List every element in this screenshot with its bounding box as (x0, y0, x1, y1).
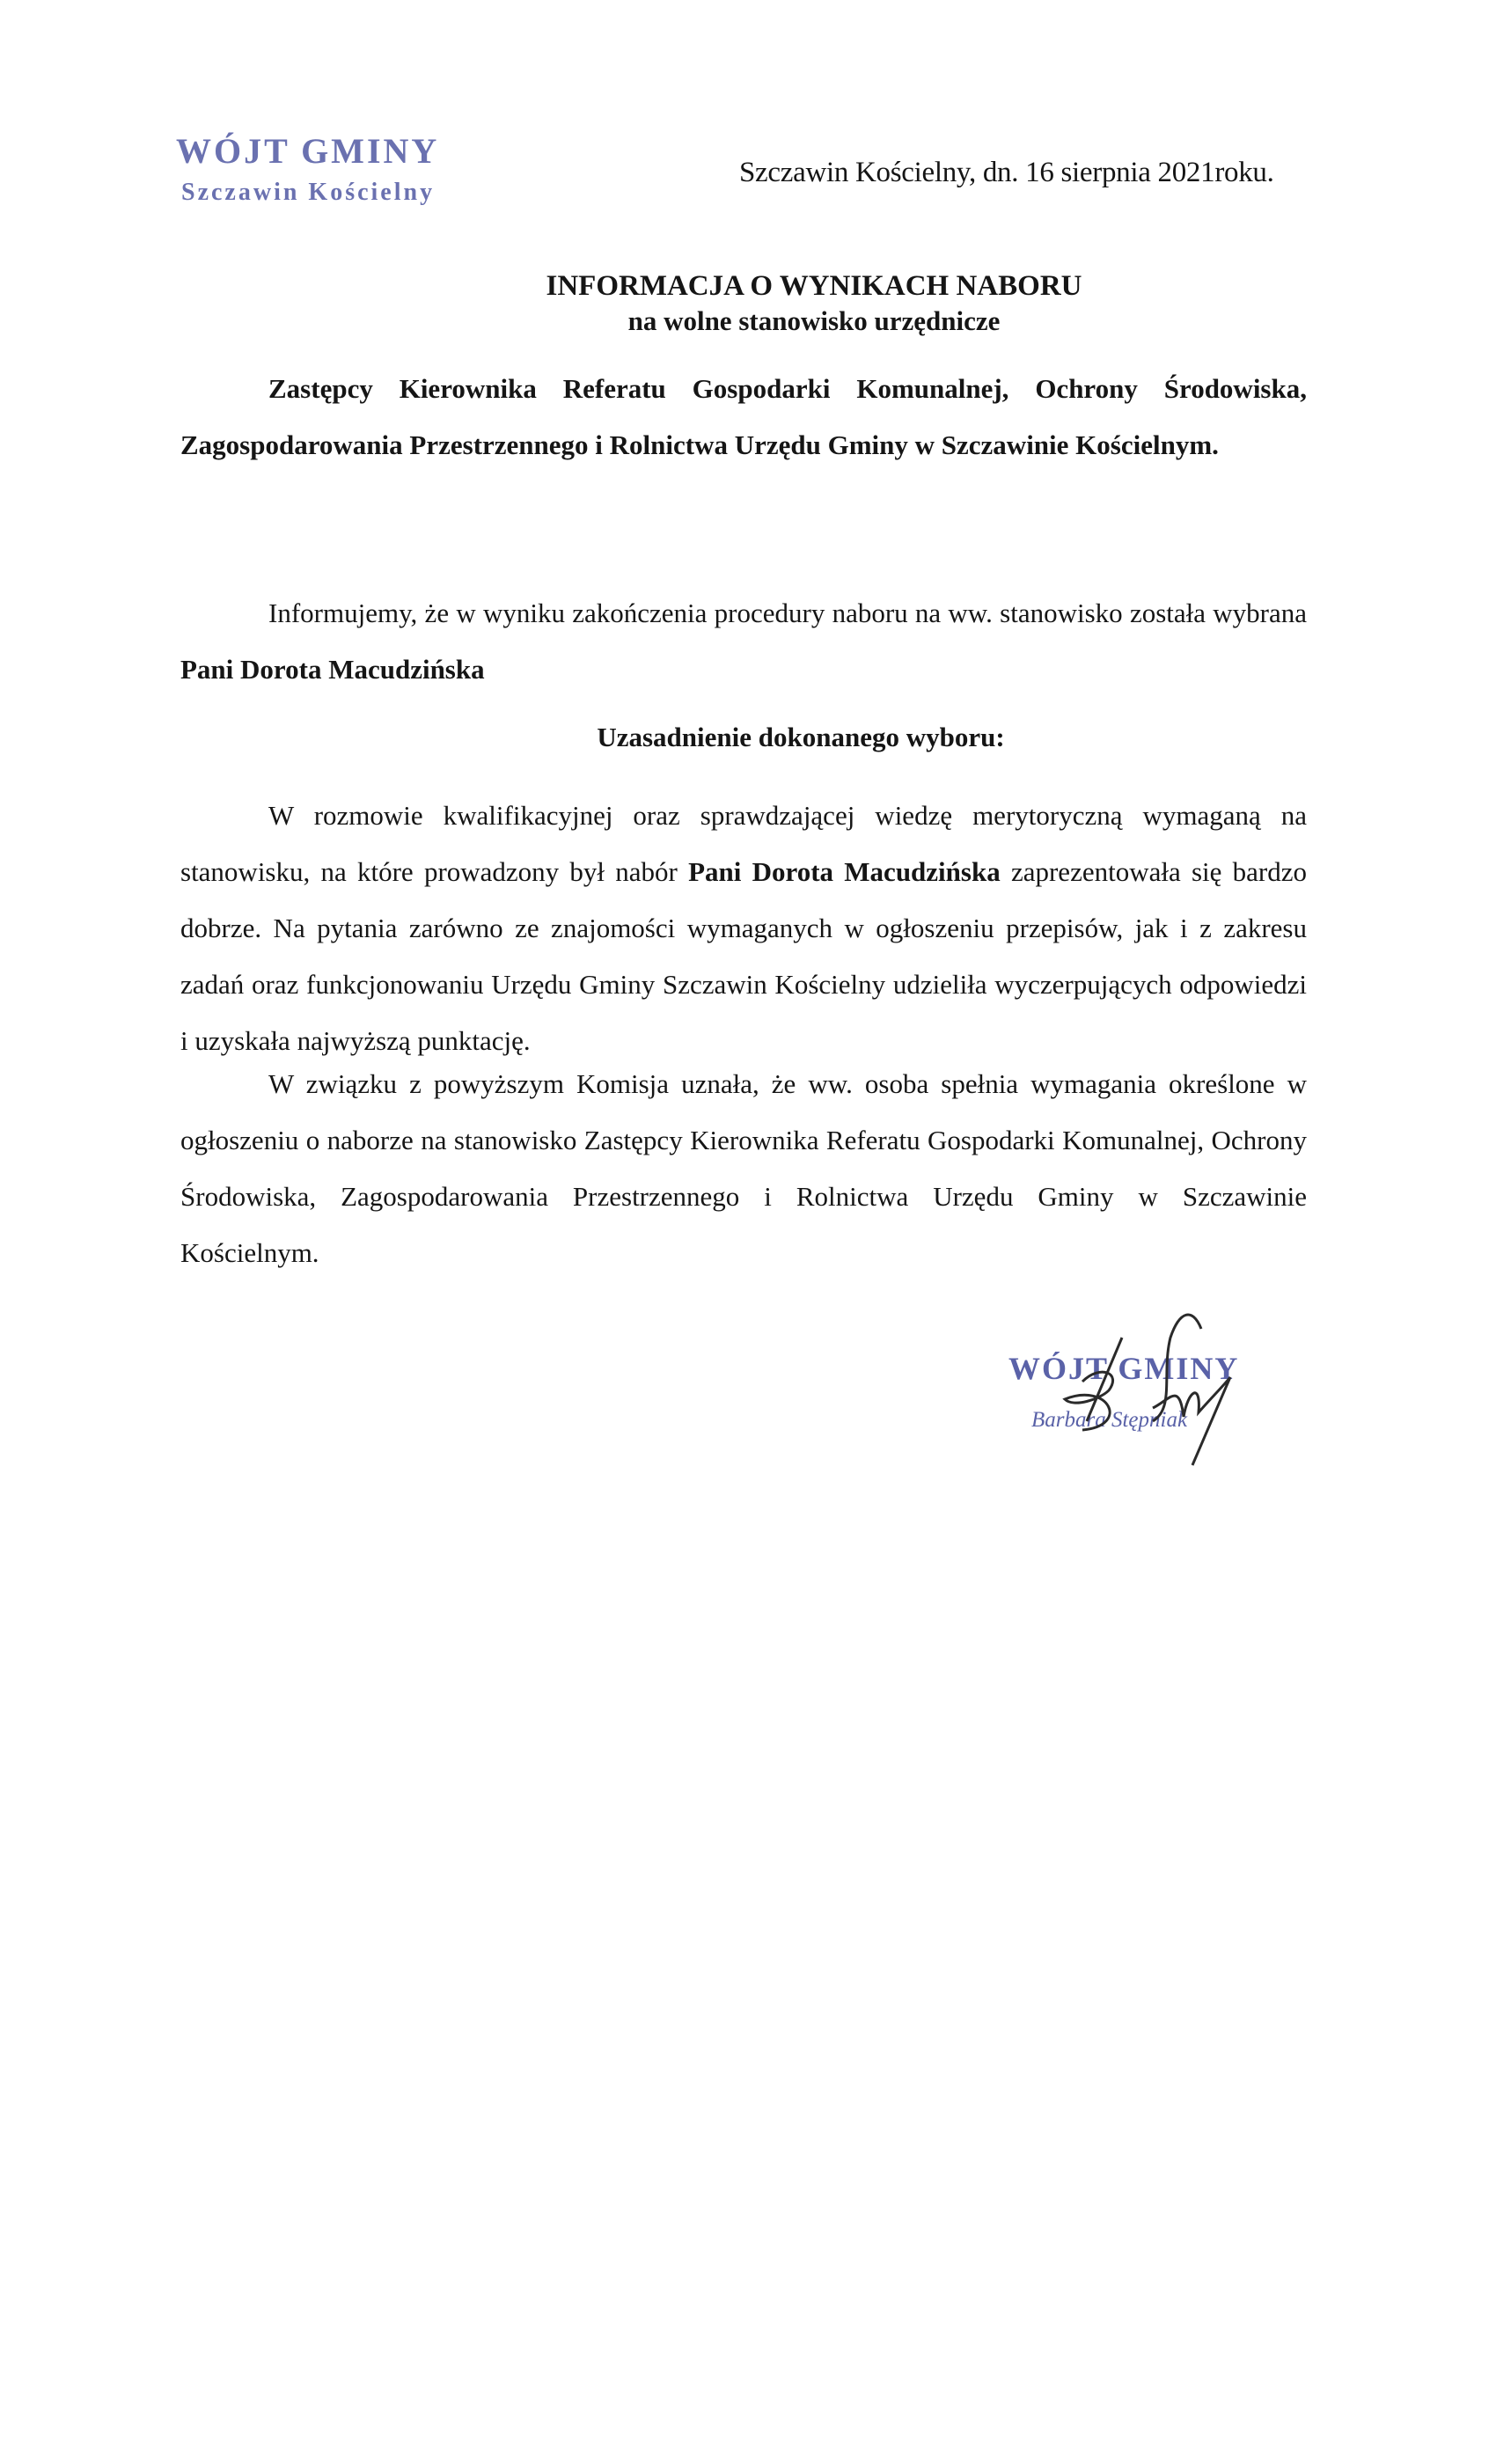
title-sub: na wolne stanowisko urzędnicze (132, 304, 1496, 339)
stamp-title: WÓJT GMINY (176, 132, 439, 171)
title-main: INFORMACJA O WYNIKACH NABORU (132, 268, 1496, 304)
selected-candidate: Pani Dorota Macudzińska (180, 654, 485, 685)
conclusion-paragraph: W związku z powyższym Komisja uznała, że… (180, 1056, 1307, 1281)
handwritten-signature-icon (968, 1276, 1364, 1496)
header-stamp: WÓJT GMINY Szczawin Kościelny (176, 132, 439, 208)
conclusion-text: W związku z powyższym Komisja uznała, że… (180, 1068, 1307, 1268)
announcement-paragraph: Informujemy, że w wyniku zakończenia pro… (180, 585, 1307, 698)
document-title: INFORMACJA O WYNIKACH NABORU na wolne st… (0, 268, 1496, 339)
signature-block: WÓJT GMINY Barbara Stępniak (968, 1276, 1364, 1496)
stamp-locality: Szczawin Kościelny (176, 178, 439, 208)
justification-candidate: Pani Dorota Macudzińska (688, 856, 1001, 887)
position-name: Zastępcy Kierownika Referatu Gospodarki … (180, 361, 1307, 473)
position-text: Zastępcy Kierownika Referatu Gospodarki … (180, 373, 1307, 460)
justification-heading: Uzasadnienie dokonanego wyboru: (0, 722, 1496, 753)
date-line: Szczawin Kościelny, dn. 16 sierpnia 2021… (739, 157, 1274, 189)
announcement-text: Informujemy, że w wyniku zakończenia pro… (268, 598, 1307, 628)
justification-paragraph: W rozmowie kwalifikacyjnej oraz sprawdza… (180, 788, 1307, 1069)
